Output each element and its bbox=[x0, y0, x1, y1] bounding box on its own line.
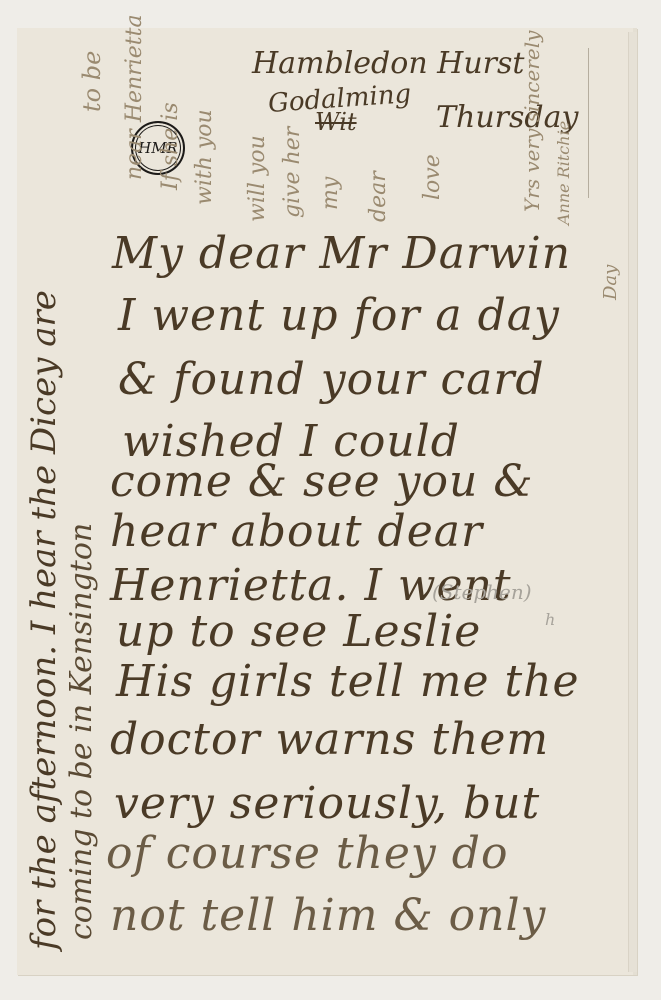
body-line-10: doctor warns them bbox=[110, 714, 549, 765]
paper-edge bbox=[628, 32, 637, 972]
margin-left-outer: for the afternoon. I hear the Dicey are bbox=[24, 290, 64, 950]
cross-writing-8: love bbox=[420, 154, 445, 200]
cross-writing-2: If she is bbox=[158, 102, 183, 190]
pencil-annotation-stephen: (Stephen) bbox=[432, 580, 532, 604]
cross-writing-5: give her bbox=[280, 127, 305, 218]
body-line-9: His girls tell me the bbox=[116, 656, 580, 707]
cross-writing-6: my bbox=[318, 177, 343, 210]
body-line-11: very seriously, but bbox=[114, 778, 540, 829]
cross-writing-signature: Anne Ritchie bbox=[554, 121, 573, 225]
margin-pencil-line bbox=[588, 48, 589, 198]
overwrite-near-card: Day bbox=[600, 265, 621, 300]
address-line-1: Hambledon Hurst bbox=[252, 46, 524, 81]
cross-writing-3: with you bbox=[192, 109, 217, 205]
margin-left-faded: to be bbox=[78, 51, 106, 112]
body-line-5: come & see you & bbox=[110, 456, 534, 507]
pencil-mark: h bbox=[545, 610, 555, 629]
cross-writing-7: dear bbox=[366, 171, 391, 222]
cross-writing-4: will you bbox=[245, 135, 270, 222]
body-line-3: & found your card bbox=[118, 354, 545, 405]
margin-left-inner: coming to be in Kensington bbox=[64, 523, 99, 940]
body-line-6: hear about dear bbox=[110, 506, 483, 557]
body-line-13: not tell him & only bbox=[110, 890, 546, 941]
body-line-2: I went up for a day bbox=[118, 290, 560, 341]
cross-writing-signoff: Yrs very sincerely bbox=[520, 31, 544, 212]
body-line-12: of course they do bbox=[106, 828, 508, 879]
body-line-8: up to see Leslie bbox=[116, 606, 481, 657]
cross-writing-1: near Henrietta bbox=[122, 14, 147, 180]
address-crossed-out: Wit bbox=[315, 108, 357, 136]
body-line-1: My dear Mr Darwin bbox=[112, 228, 571, 279]
